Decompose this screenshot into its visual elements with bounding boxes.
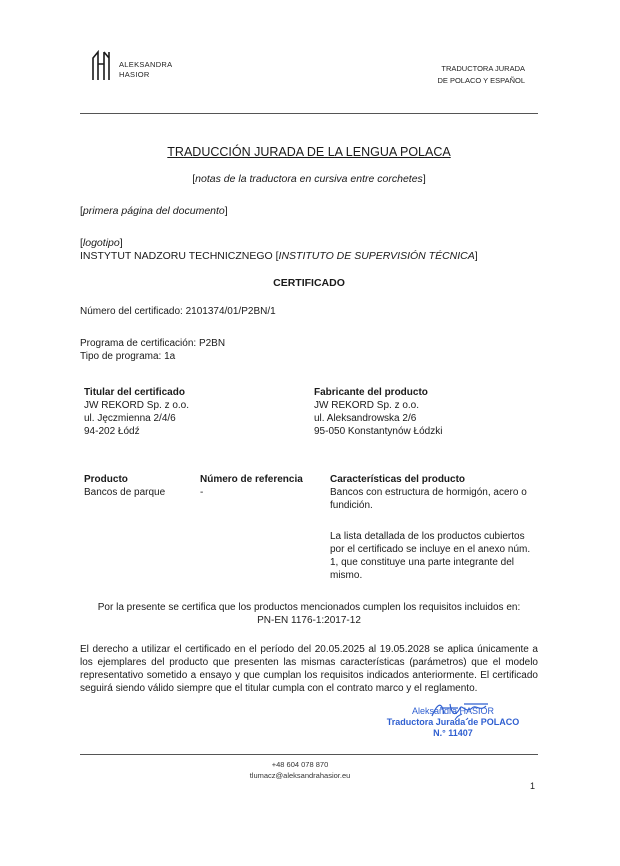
manufacturer-city: 95-050 Konstantynów Łódzki <box>314 425 442 438</box>
program-type: Tipo de programa: 1a <box>80 350 225 363</box>
footer-contact: +48 604 078 870 tlumacz@aleksandrahasior… <box>240 759 360 781</box>
stamp-number: N.° 11407 <box>378 728 528 739</box>
certificate-heading: CERTIFICADO <box>80 277 538 289</box>
reference-column: Número de referencia - <box>200 473 303 499</box>
characteristics-label: Características del producto <box>330 473 540 486</box>
translator-credential: TRADUCTORA JURADA DE POLACO Y ESPAÑOL <box>400 63 525 87</box>
manufacturer-label: Fabricante del producto <box>314 386 442 399</box>
first-page-note: [primera página del documento] <box>80 205 228 217</box>
stamp-name: Aleksandra HASIOR <box>378 706 528 717</box>
page-number: 1 <box>530 781 535 791</box>
brand-last-name: HASIOR <box>119 70 172 80</box>
reference-value: - <box>200 486 303 499</box>
brand-name: ALEKSANDRA HASIOR <box>119 60 172 80</box>
product-label: Producto <box>84 473 165 486</box>
ah-monogram-icon <box>90 50 112 82</box>
product-value: Bancos de parque <box>84 486 165 499</box>
credential-line-2: DE POLACO Y ESPAÑOL <box>400 75 525 87</box>
holder-company: JW REKORD Sp. z o.o. <box>84 399 189 412</box>
characteristics-value: Bancos con estructura de hormigón, acero… <box>330 486 540 512</box>
institute-block: [logotipo] INSTYTUT NADZORU TECHNICZNEGO… <box>80 237 478 263</box>
certification-statement: Por la presente se certifica que los pro… <box>80 601 538 627</box>
validity-paragraph: El derecho a utilizar el certificado en … <box>80 643 538 695</box>
holder-city: 94-202 Łódź <box>84 425 189 438</box>
logo-note: [logotipo] <box>80 237 478 250</box>
annex-note: La lista detallada de los productos cubi… <box>330 530 540 582</box>
product-manufacturer: Fabricante del producto JW REKORD Sp. z … <box>314 386 442 438</box>
footer-phone: +48 604 078 870 <box>240 759 360 770</box>
certificate-holder: Titular del certificado JW REKORD Sp. z … <box>84 386 189 438</box>
footer-email: tlumacz@aleksandrahasior.eu <box>240 770 360 781</box>
document-title: TRADUCCIÓN JURADA DE LA LENGUA POLACA <box>80 145 538 159</box>
footer-divider <box>80 754 538 755</box>
notes-text: notas de la traductora en cursiva entre … <box>195 173 423 185</box>
holder-label: Titular del certificado <box>84 386 189 399</box>
logo-note-text: logotipo <box>83 237 120 249</box>
certify-text: Por la presente se certifica que los pro… <box>80 601 538 614</box>
institute-polish: INSTYTUT NADZORU TECHNICZNEGO <box>80 250 273 262</box>
header-divider <box>80 113 538 114</box>
credential-line-1: TRADUCTORA JURADA <box>400 63 525 75</box>
standard-reference: PN-EN 1176-1:2017-12 <box>80 614 538 627</box>
translator-notes-legend: [notas de la traductora en cursiva entre… <box>80 173 538 185</box>
certification-program: Programa de certificación: P2BN <box>80 337 225 350</box>
program-info: Programa de certificación: P2BN Tipo de … <box>80 337 225 363</box>
reference-label: Número de referencia <box>200 473 303 486</box>
manufacturer-street: ul. Aleksandrowska 2/6 <box>314 412 442 425</box>
institute-name: INSTYTUT NADZORU TECHNICZNEGO [INSTITUTO… <box>80 250 478 263</box>
brand-first-name: ALEKSANDRA <box>119 60 172 70</box>
manufacturer-company: JW REKORD Sp. z o.o. <box>314 399 442 412</box>
institute-spanish: INSTITUTO DE SUPERVISIÓN TÉCNICA <box>279 250 475 262</box>
holder-street: ul. Jęczmienna 2/4/6 <box>84 412 189 425</box>
first-page-text: primera página del documento <box>83 205 225 217</box>
stamp-title: Traductora Jurada de POLACO <box>378 717 528 728</box>
characteristics-column: Características del producto Bancos con … <box>330 473 540 512</box>
product-column: Producto Bancos de parque <box>84 473 165 499</box>
certificate-number: Número del certificado: 2101374/01/P2BN/… <box>80 305 276 318</box>
translator-stamp: Aleksandra HASIOR Traductora Jurada de P… <box>378 706 528 739</box>
